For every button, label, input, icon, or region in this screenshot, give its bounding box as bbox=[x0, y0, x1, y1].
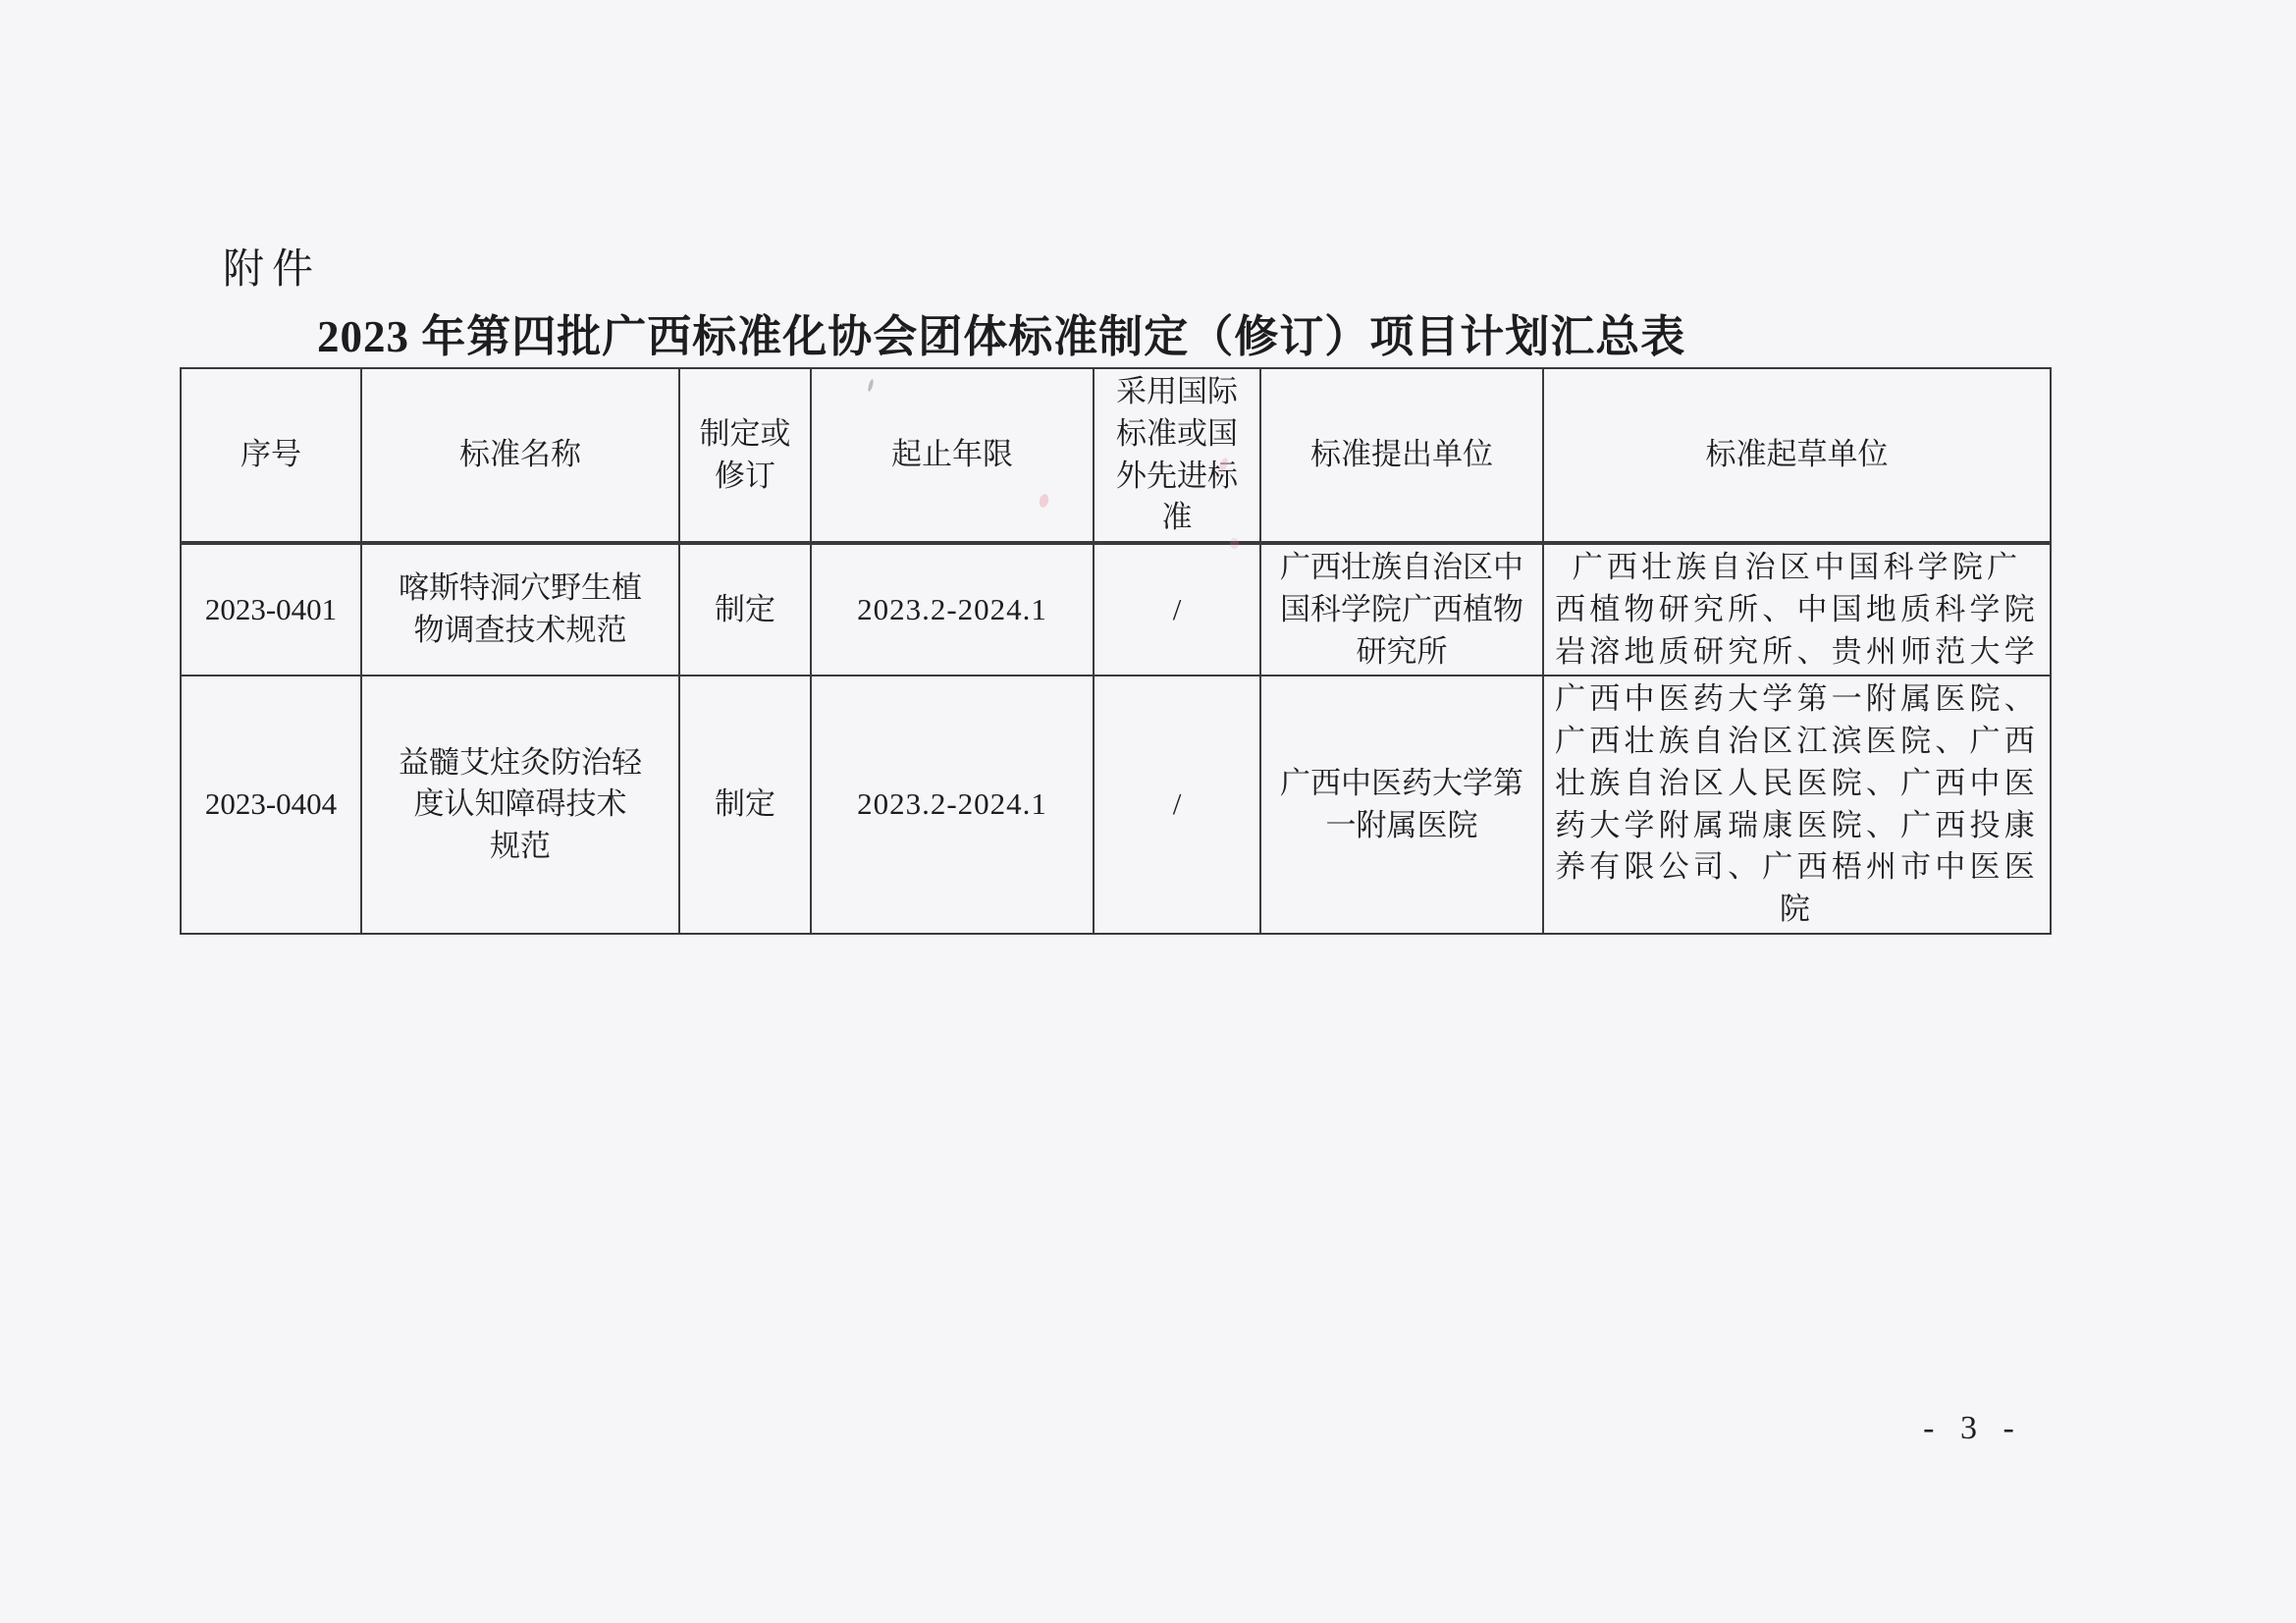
column-header-type: 制定或 修订 bbox=[679, 368, 811, 543]
table-header-row: 序号 标准名称 制定或 修订 起止年限 采用国际 标准或国 外先进标 准 标准提… bbox=[181, 368, 2051, 543]
cell-standard-name: 喀斯特洞穴野生植 物调查技术规范 bbox=[361, 543, 679, 676]
cell-intl-standard: / bbox=[1094, 676, 1260, 934]
cell-drafter: 广西中医药大学第一附属医院、 广西壮族自治区江滨医院、广西 壮族自治区人民医院、… bbox=[1543, 676, 2051, 934]
cell-seq: 2023-0401 bbox=[181, 543, 361, 676]
cell-proposer: 广西中医药大学第 一附属医院 bbox=[1260, 676, 1543, 934]
cell-period: 2023.2-2024.1 bbox=[811, 543, 1094, 676]
column-header-period: 起止年限 bbox=[811, 368, 1094, 543]
table-row-2023-0401: 2023-0401 喀斯特洞穴野生植 物调查技术规范 制定 2023.2-202… bbox=[181, 543, 2051, 676]
cell-standard-name: 益髓艾炷灸防治轻 度认知障碍技术 规范 bbox=[361, 676, 679, 934]
cell-type: 制定 bbox=[679, 543, 811, 676]
cell-type: 制定 bbox=[679, 676, 811, 934]
standards-plan-table: 序号 标准名称 制定或 修订 起止年限 采用国际 标准或国 外先进标 准 标准提… bbox=[180, 367, 2052, 935]
table-row-2023-0404: 2023-0404 益髓艾炷灸防治轻 度认知障碍技术 规范 制定 2023.2-… bbox=[181, 676, 2051, 934]
cell-seq: 2023-0404 bbox=[181, 676, 361, 934]
page-number: - 3 - bbox=[1880, 1410, 2066, 1447]
cell-drafter: 广西壮族自治区中国科学院广 西植物研究所、中国地质科学院 岩溶地质研究所、贵州师… bbox=[1543, 543, 2051, 676]
document-title: 2023 年第四批广西标准化协会团体标准制定（修订）项目计划汇总表 bbox=[317, 300, 1685, 364]
column-header-drafter: 标准起草单位 bbox=[1543, 368, 2051, 543]
column-header-seq: 序号 bbox=[181, 368, 361, 543]
cell-proposer: 广西壮族自治区中 国科学院广西植物 研究所 bbox=[1260, 543, 1543, 676]
attachment-label: 附件 bbox=[223, 237, 321, 296]
document-page: 附件 2023 年第四批广西标准化协会团体标准制定（修订）项目计划汇总表 序号 … bbox=[0, 0, 2296, 1623]
cell-intl-standard: / bbox=[1094, 543, 1260, 676]
column-header-proposer: 标准提出单位 bbox=[1260, 368, 1543, 543]
column-header-name: 标准名称 bbox=[361, 368, 679, 543]
column-header-intl-standard: 采用国际 标准或国 外先进标 准 bbox=[1094, 368, 1260, 543]
cell-period: 2023.2-2024.1 bbox=[811, 676, 1094, 934]
